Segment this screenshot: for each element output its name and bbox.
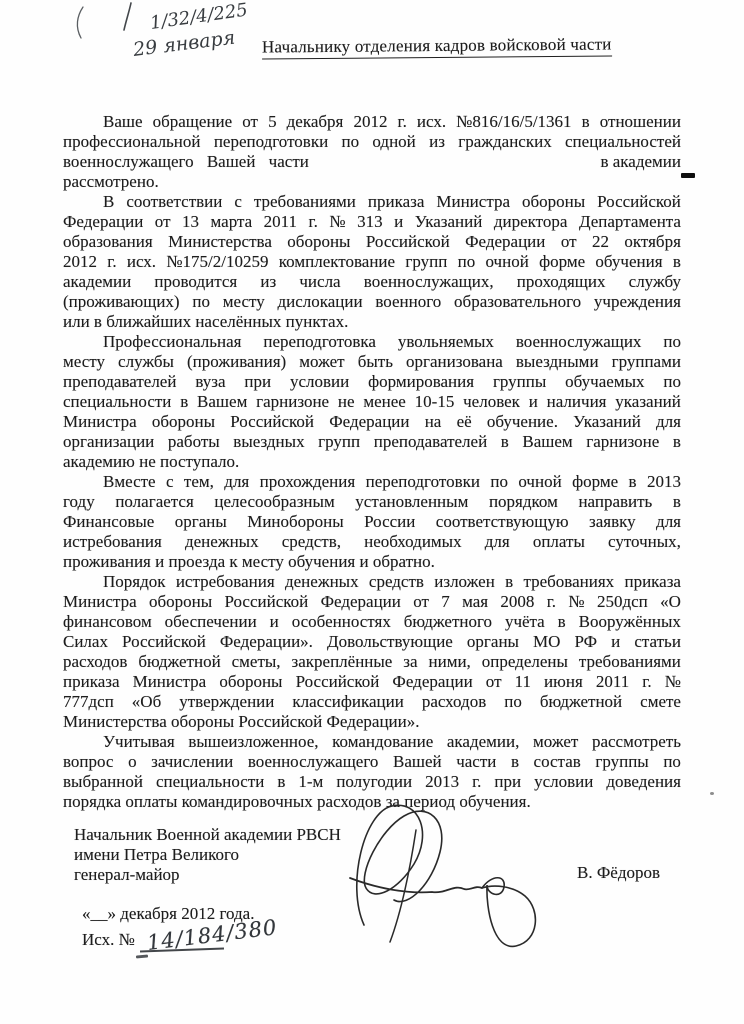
- paragraph-line: Порядокистребованияденежныхсредствизложе…: [63, 572, 681, 592]
- line-word: на: [425, 412, 442, 432]
- paragraph: Профессиональнаяпереподготовкаувольняемы…: [63, 332, 681, 472]
- paragraph-line: проживания и проезда к месту обучения и …: [63, 552, 681, 572]
- paragraph-line: ФинансовыеорганыМинобороныРоссиисоответс…: [63, 512, 681, 532]
- paragraph-line: преподавателейвузаприусловииформирования…: [63, 372, 681, 392]
- paragraph-line: МинистраобороныРоссийскойФедерацииот7мая…: [63, 592, 681, 612]
- paragraph-line: профессиональнойпереподготовкипооднойизг…: [63, 132, 681, 152]
- line-word: обороны: [287, 232, 350, 252]
- line-word: быть: [358, 352, 393, 372]
- line-word: Российской: [230, 412, 314, 432]
- line-word: для: [656, 412, 681, 432]
- line-word: г.: [472, 772, 481, 792]
- line-word: денежных: [285, 572, 359, 592]
- outgoing-number-line: Исх. №14/184/380: [82, 926, 278, 950]
- line-word: переподготовка: [263, 332, 376, 352]
- line-word: 313: [357, 212, 383, 232]
- line-word: 13: [182, 212, 199, 232]
- line-word: полугодии: [336, 772, 412, 792]
- line-word: и: [611, 632, 620, 652]
- line-word: проходящих: [517, 272, 606, 292]
- line-text: в академии: [600, 152, 681, 172]
- paragraph-line: вопросозачислениивоеннослужащегоВашейчас…: [63, 752, 681, 772]
- paragraph-line: образованияМинистерстваобороныРоссийской…: [63, 232, 681, 252]
- line-word: Министра: [63, 412, 137, 432]
- line-word: Министерства: [168, 232, 272, 252]
- line-word: выездными: [516, 352, 599, 372]
- line-word: от: [486, 672, 502, 692]
- line-word: Федерации».: [220, 632, 313, 652]
- line-word: Вашем: [197, 392, 247, 412]
- line-word: доведения: [606, 772, 681, 792]
- line-word: суточных,: [608, 532, 681, 552]
- line-word: порядком: [489, 492, 558, 512]
- line-word: Департамента: [579, 212, 681, 232]
- line-word: Вместе: [103, 472, 156, 492]
- line-word: 7: [441, 592, 450, 612]
- line-word: Минобороны: [247, 512, 343, 532]
- line-word: в: [558, 612, 566, 632]
- line-word: Довольствующие: [327, 632, 453, 652]
- line-word: в: [673, 492, 681, 512]
- line-word: Федерации: [321, 592, 401, 612]
- line-word: (проживающих): [63, 292, 180, 312]
- line-word: «О: [660, 592, 681, 612]
- line-word: Федерации: [63, 212, 143, 232]
- line-word: изложен: [434, 572, 495, 592]
- line-word: в: [180, 392, 188, 412]
- line-word: Российской: [597, 192, 681, 212]
- paragraph-line: Министерства обороны Российской Федераци…: [63, 712, 681, 732]
- line-word: утверждении: [179, 692, 274, 712]
- line-word: службы: [118, 352, 174, 372]
- line-word: Профессиональная: [103, 332, 241, 352]
- line-word: «Об: [132, 692, 161, 712]
- line-word: преподавателей: [374, 432, 487, 452]
- line-word: необходимых: [364, 532, 461, 552]
- line-word: форме: [539, 252, 585, 272]
- line-word: установленным: [355, 492, 468, 512]
- line-word: МО: [533, 632, 560, 652]
- line-word: переподготовки: [214, 132, 328, 152]
- paragraph: ВсоответствиистребованиямиприказаМинистр…: [63, 192, 681, 332]
- line-word: обучение.: [487, 412, 558, 432]
- line-word: военнослужащих: [516, 332, 642, 352]
- line-word: по: [663, 372, 681, 392]
- line-word: месту: [63, 352, 105, 372]
- paragraph-line: академию не поступало.: [63, 452, 681, 472]
- signature-loop-stroke: [357, 805, 442, 925]
- handwritten-stroke-icon: [124, 3, 131, 30]
- line-word: №: [329, 212, 345, 232]
- line-word: закреплённые: [292, 652, 393, 672]
- line-word: за: [403, 652, 417, 672]
- line-word: в: [277, 772, 285, 792]
- line-word: приказа: [63, 672, 120, 692]
- paragraph-line: Федерацииот13марта2011г.№313иУказанийдир…: [63, 212, 681, 232]
- line-word: г.: [642, 672, 651, 692]
- line-text: военнослужащего Вашей части: [63, 152, 309, 172]
- line-word: от: [561, 232, 577, 252]
- line-word: Федерации: [465, 232, 545, 252]
- outgoing-label: Исх. №: [82, 930, 135, 949]
- line-word: Министра: [133, 672, 207, 692]
- line-word: обучаемых: [565, 372, 644, 392]
- signer-name: В. Фёдоров: [577, 863, 660, 883]
- paragraph-line: местуслужбы(проживания)можетбытьорганизо…: [63, 352, 681, 372]
- line-word: прохождения: [260, 472, 356, 492]
- line-word: 777дсп: [63, 692, 114, 712]
- line-word: финансовом: [63, 612, 152, 632]
- paragraph-line: Вместестем,дляпрохожденияпереподготовкип…: [63, 472, 681, 492]
- line-word: отношении: [600, 112, 681, 132]
- line-word: для: [224, 472, 249, 492]
- line-word: формирования: [368, 372, 474, 392]
- line-word: Министра: [436, 192, 510, 212]
- line-word: по: [663, 752, 681, 772]
- line-word: направить: [578, 492, 652, 512]
- line-word: состав: [534, 752, 581, 772]
- line-word: гарнизоне: [586, 432, 659, 452]
- line-word: образовательного: [454, 292, 581, 312]
- line-word: Федерации: [329, 412, 409, 432]
- line-word: истребования: [63, 532, 162, 552]
- line-word: организована: [406, 352, 503, 372]
- line-word: органы: [467, 632, 519, 652]
- signer-position-line: генерал-майор: [74, 865, 341, 885]
- line-word: смете: [640, 692, 681, 712]
- line-word: обороны: [152, 412, 215, 432]
- line-word: соответствии: [126, 192, 222, 212]
- line-word: и: [529, 392, 538, 412]
- line-word: с: [166, 472, 174, 492]
- line-word: по: [490, 472, 508, 492]
- line-word: указаний: [615, 392, 681, 412]
- line-word: расходов: [63, 652, 127, 672]
- line-word: органы: [175, 512, 227, 532]
- paragraph-line: Вашеобращениеот5декабря2012г.исх.№816/16…: [63, 112, 681, 132]
- line-word: статьи: [634, 632, 681, 652]
- line-word: в: [505, 572, 513, 592]
- line-word: военного: [375, 292, 441, 312]
- line-word: военнослужащих,: [364, 272, 494, 292]
- line-word: группы: [595, 752, 648, 772]
- line-word: расходов: [422, 692, 486, 712]
- line-word: средств,: [282, 532, 341, 552]
- line-word: человек: [463, 392, 520, 412]
- line-word: Учитывая: [103, 732, 175, 752]
- line-word: году: [63, 492, 95, 512]
- line-word: может: [533, 732, 578, 752]
- line-word: г.: [107, 252, 116, 272]
- line-word: Вашей: [393, 752, 442, 772]
- paragraph-line: МинистраобороныРоссийскойФедерациинаеёоб…: [63, 412, 681, 432]
- line-word: условии: [534, 772, 593, 792]
- line-word: гражданских: [458, 132, 551, 152]
- line-word: увольняемых: [398, 332, 494, 352]
- line-word: тем,: [184, 472, 214, 492]
- line-word: выездных: [233, 432, 304, 452]
- line-word: 22: [592, 232, 609, 252]
- paragraph-line: Учитываявышеизложенное,командованиеакаде…: [63, 732, 681, 752]
- letter-body: Вашеобращениеот5декабря2012г.исх.№816/16…: [63, 112, 681, 812]
- line-word: месту: [223, 292, 265, 312]
- paragraph-line: военнослужащего Вашей частив академии: [63, 152, 681, 172]
- line-word: средств: [369, 572, 424, 592]
- speck-mark: [710, 792, 714, 795]
- paragraph-line: истребованияденежныхсредств,необходимыхд…: [63, 532, 681, 552]
- line-word: Ваше: [103, 112, 143, 132]
- line-word: (проживания): [187, 352, 286, 372]
- line-word: РФ: [575, 632, 598, 652]
- line-word: приказа: [368, 192, 425, 212]
- line-word: числа: [299, 272, 340, 292]
- line-word: очной: [485, 252, 528, 272]
- line-word: обращение: [153, 112, 233, 132]
- line-word: полагается: [115, 492, 193, 512]
- line-word: специальности: [156, 772, 264, 792]
- line-word: требованиях: [523, 572, 614, 592]
- paragraph-line: приказаМинистраобороныРоссийскойФедераци…: [63, 672, 681, 692]
- line-word: может: [299, 352, 344, 372]
- line-word: Указаний: [415, 212, 483, 232]
- line-word: обучения: [595, 252, 662, 272]
- line-word: работы: [168, 432, 220, 452]
- line-word: организации: [63, 432, 154, 452]
- line-word: в: [673, 252, 681, 272]
- line-word: профессиональной: [63, 132, 201, 152]
- line-word: г.: [309, 212, 318, 232]
- paragraph-line: ВсоответствиистребованиямиприказаМинистр…: [63, 192, 681, 212]
- line-word: проводится: [154, 272, 237, 292]
- line-word: Российской: [122, 632, 206, 652]
- line-word: преподавателей: [63, 372, 176, 392]
- line-word: вышеизложенное,: [188, 732, 318, 752]
- line-word: г.: [547, 592, 556, 612]
- line-word: России: [364, 512, 415, 532]
- line-word: классификации: [292, 692, 403, 712]
- line-word: по: [342, 132, 360, 152]
- below-outgoing-dash-mark: [136, 954, 148, 958]
- line-word: Министра: [63, 592, 137, 612]
- line-word: 250дсп: [597, 592, 648, 612]
- line-word: 11: [515, 672, 531, 692]
- line-word: от: [242, 112, 258, 132]
- line-word: специальности: [63, 392, 171, 412]
- line-word: Российской: [224, 592, 308, 612]
- line-word: по: [458, 252, 476, 272]
- signature-cross-stroke: [350, 878, 482, 892]
- line-word: обеспечении: [165, 612, 257, 632]
- paragraph-line: 777дсп«Обутвержденииклассификациирасходо…: [63, 692, 681, 712]
- line-word: учёта: [505, 612, 545, 632]
- paragraph-line: организацииработывыездныхгрупппреподават…: [63, 432, 681, 452]
- signer-position-line: Начальник Военной академии РВСН: [74, 825, 341, 845]
- signer-position-line: имени Петра Великого: [74, 845, 341, 865]
- line-word: октября: [624, 232, 681, 252]
- line-word: сметы,: [232, 652, 281, 672]
- paragraph-line: специальностивВашемгарнизоненеменее10-15…: [63, 392, 681, 412]
- line-word: службу: [629, 272, 681, 292]
- line-word: о: [128, 752, 137, 772]
- line-word: марта: [211, 212, 253, 232]
- line-word: вопрос: [63, 752, 113, 772]
- line-word: бюджетного: [404, 612, 492, 632]
- line-word: вуза: [195, 372, 225, 392]
- line-word: требованиями: [254, 192, 356, 212]
- line-word: группы: [493, 372, 546, 392]
- line-word: №816/16/5/1361: [456, 112, 571, 132]
- line-word: обороны: [219, 672, 282, 692]
- line-word: наличия: [547, 392, 607, 412]
- signature-teardrop-stroke: [482, 878, 535, 947]
- line-word: одной: [372, 132, 415, 152]
- line-word: особенностях: [292, 612, 391, 632]
- line-word: директора: [494, 212, 568, 232]
- line-word: зачислении: [151, 752, 233, 772]
- line-word: 2008: [500, 592, 534, 612]
- line-word: рассмотреть: [592, 732, 681, 752]
- line-word: 5: [268, 112, 277, 132]
- line-word: мая: [462, 592, 488, 612]
- line-word: и: [270, 612, 279, 632]
- line-word: денежных: [185, 532, 259, 552]
- line-word: Силах: [63, 632, 108, 652]
- line-word: академии,: [447, 732, 520, 752]
- line-word: в: [501, 432, 509, 452]
- line-word: декабря: [287, 112, 344, 132]
- line-word: №: [665, 672, 681, 692]
- line-word: исх.: [127, 252, 156, 272]
- line-word: 2011: [264, 212, 297, 232]
- line-word: её: [457, 412, 472, 432]
- line-word: №: [568, 592, 584, 612]
- line-word: 1-м: [298, 772, 323, 792]
- line-word: группами: [612, 352, 681, 372]
- line-word: №175/2/10259: [166, 252, 268, 272]
- line-word: соответствующую: [436, 512, 569, 532]
- line-word: Вашем: [522, 432, 572, 452]
- scanned-letter-page: 1/32/4/225 29 января Начальнику отделени…: [0, 0, 744, 1024]
- handwritten-resolution-date: 29 января: [131, 27, 236, 61]
- line-word: из: [429, 132, 445, 152]
- paragraph: Вместестем,дляпрохожденияпереподготовкип…: [63, 472, 681, 572]
- right-margin-dash-mark: [681, 173, 695, 178]
- line-word: форме: [572, 472, 618, 492]
- line-word: требованиями: [579, 652, 681, 672]
- line-word: Финансовые: [63, 512, 154, 532]
- line-word: 2013: [647, 472, 681, 492]
- handwritten-stroke-icon: [77, 7, 83, 38]
- paragraph: Вашеобращениеот5декабря2012г.исх.№816/16…: [63, 112, 681, 192]
- line-word: при: [494, 772, 521, 792]
- line-word: г.: [398, 112, 407, 132]
- paragraph-line: финансовомобеспечениииособенностяхбюджет…: [63, 612, 681, 632]
- paragraph-line: (проживающих)поместудислокациивоенногооб…: [63, 292, 681, 312]
- line-word: образования: [63, 232, 153, 252]
- line-word: при: [244, 372, 271, 392]
- paragraph-line: Профессиональнаяпереподготовкаувольняемы…: [63, 332, 681, 352]
- line-word: учреждения: [594, 292, 681, 312]
- paragraph-line: выбраннойспециальностив1-мполугодии2013г…: [63, 772, 681, 792]
- line-word: военнослужащего: [248, 752, 379, 772]
- line-word: Порядок: [103, 572, 166, 592]
- line-word: менее: [363, 392, 406, 412]
- line-word: командование: [332, 732, 433, 752]
- line-word: 2012: [353, 112, 387, 132]
- line-word: академии: [63, 272, 131, 292]
- line-word: Вооружённых: [579, 612, 681, 632]
- paragraph-line: расходовбюджетнойсметы,закреплённыезаним…: [63, 652, 681, 672]
- paragraph-line: СилахРоссийскойФедерации».Довольствующие…: [63, 632, 681, 652]
- line-word: от: [155, 212, 171, 232]
- line-word: Федерации: [392, 672, 472, 692]
- signature-block: Начальник Военной академии РВСН имени Пе…: [74, 825, 341, 885]
- paragraph-line: 2012г.исх.№175/2/10259комплектованиегруп…: [63, 252, 681, 272]
- paragraph-line: годуполагаетсяцелесообразнымустановленны…: [63, 492, 681, 512]
- line-word: Российской: [366, 232, 450, 252]
- line-word: определены: [482, 652, 568, 672]
- line-word: условии: [290, 372, 349, 392]
- paragraph: Порядокистребованияденежныхсредствизложе…: [63, 572, 681, 732]
- line-word: ними,: [429, 652, 471, 672]
- line-word: бюджетной: [540, 692, 622, 712]
- signature-scrawl: [336, 790, 571, 960]
- line-word: Российской: [296, 672, 380, 692]
- line-word: в: [511, 752, 519, 772]
- line-word: по: [663, 332, 681, 352]
- line-word: с: [234, 192, 242, 212]
- line-word: бюджетной: [138, 652, 220, 672]
- line-word: 2013: [425, 772, 459, 792]
- line-word: заявку: [589, 512, 636, 532]
- line-word: и: [394, 212, 403, 232]
- paragraph-line: или в ближайших населённых пунктах.: [63, 312, 681, 332]
- line-word: дислокации: [277, 292, 362, 312]
- paragraph-line: рассмотрено.: [63, 172, 681, 192]
- line-word: от: [413, 592, 429, 612]
- line-word: очной: [518, 472, 561, 492]
- letter-heading: Начальнику отделения кадров войсковой ча…: [262, 34, 612, 59]
- line-word: выбранной: [63, 772, 143, 792]
- line-word: комплектование: [279, 252, 395, 272]
- line-word: не: [338, 392, 355, 412]
- line-word: групп: [405, 252, 447, 272]
- line-word: гарнизоне: [256, 392, 329, 412]
- line-word: в: [582, 112, 590, 132]
- line-word: истребования: [176, 572, 275, 592]
- line-word: исх.: [417, 112, 446, 132]
- line-word: 2012: [63, 252, 97, 272]
- line-word: в: [673, 432, 681, 452]
- line-word: приказа: [624, 572, 681, 592]
- line-word: оплаты: [533, 532, 585, 552]
- line-word: целесообразным: [214, 492, 334, 512]
- line-word: по: [192, 292, 210, 312]
- line-word: групп: [318, 432, 360, 452]
- line-word: Указаний: [573, 412, 641, 432]
- line-word: переподготовки: [366, 472, 480, 492]
- line-word: В: [103, 192, 114, 212]
- line-word: 2011: [596, 672, 629, 692]
- line-word: специальностей: [565, 132, 681, 152]
- handwritten-resolution-number: 1/32/4/225: [149, 0, 249, 34]
- line-word: по: [504, 692, 522, 712]
- line-word: в: [629, 472, 637, 492]
- paragraph-line: академиипроводитсяизчиславоеннослужащих,…: [63, 272, 681, 292]
- line-word: июня: [544, 672, 583, 692]
- line-word: обороны: [149, 592, 212, 612]
- line-word: для: [656, 512, 681, 532]
